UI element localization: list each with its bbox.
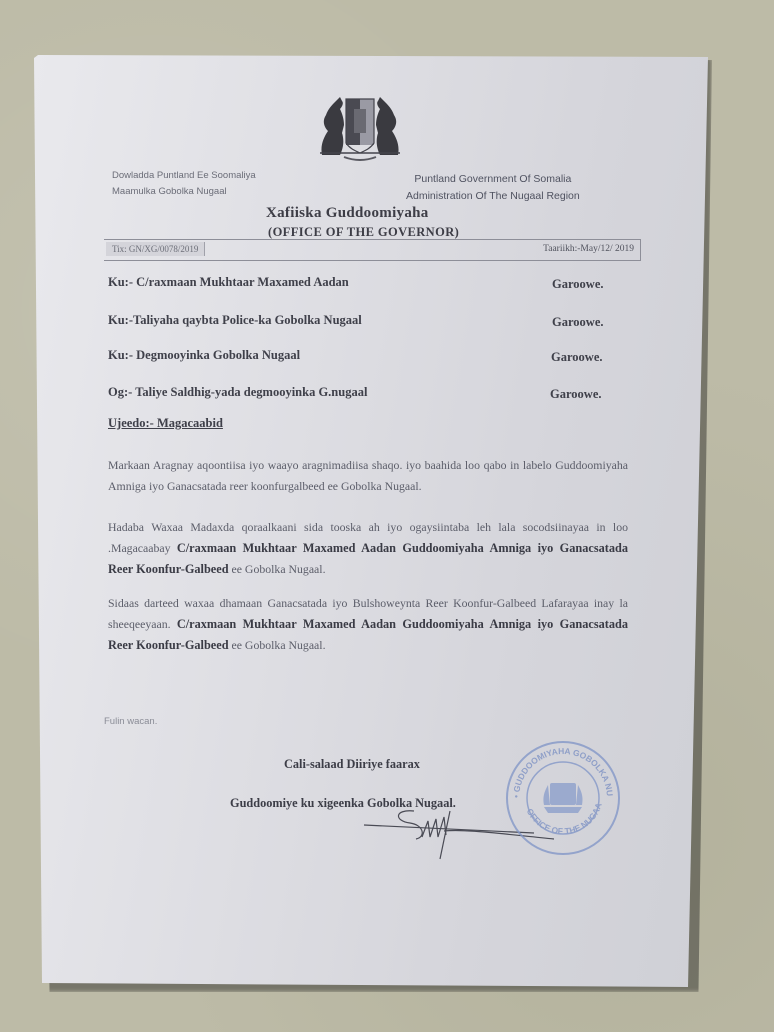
official-stamp-icon: • GUDDOOMIYAHA GOBOLKA NUGAAL • OFFICE O… [504,739,622,857]
reference-number: Tix: GN/XG/0078/2019 [106,242,205,256]
closing-line: Fulin wacan. [104,716,157,727]
addressee-city: Garoowe. [552,277,604,292]
office-subtitle: (OFFICE OF THE GOVERNOR) [268,225,459,240]
subject-line: Ujeedo:- Magacaabid [108,416,223,431]
header-left-line2: Maamulka Gobolka Nugaal [112,184,256,200]
office-title: Xafiiska Guddoomiyaha [266,205,429,222]
addressee: Ku:-Taliyaha qaybta Police-ka Gobolka Nu… [108,313,362,328]
addressee-city: Garoowe. [552,315,604,330]
body-paragraph-3: Sidaas darteed waxaa dhamaan Ganacsatada… [108,593,628,656]
header-left-line1: Dowladda Puntland Ee Soomaliya [112,168,256,184]
paragraph-text: ee Gobolka Nugaal. [229,638,326,652]
header-english: Puntland Government Of Somalia Administr… [406,171,580,205]
coat-of-arms-icon [314,93,406,163]
addressee-city: Garoowe. [551,350,603,365]
addressee: Ku:- Degmooyinka Gobolka Nugaal [108,348,300,363]
header-right-line2: Administration Of The Nugaal Region [406,188,580,205]
signatory-name: Cali-salaad Diiriye faarax [284,757,420,772]
header-right-line1: Puntland Government Of Somalia [406,171,580,188]
header-somali: Dowladda Puntland Ee Soomaliya Maamulka … [112,168,256,200]
body-paragraph-1: Markaan Aragnay aqoontiisa iyo waayo ara… [108,455,628,497]
appointee-name: C/raxmaan Mukhtaar Maxamed Aadan Guddoom… [108,541,628,576]
reference-row: Tix: GN/XG/0078/2019 Taariikh:-May/12/ 2… [104,239,641,261]
appointee-name: C/raxmaan Mukhtaar Maxamed Aadan Guddoom… [108,617,628,652]
letter-date: Taariikh:-May/12/ 2019 [543,244,634,254]
addressee-city: Garoowe. [550,387,602,402]
addressee: Ku:- C/raxmaan Mukhtaar Maxamed Aadan [108,275,349,290]
paragraph-text: ee Gobolka Nugaal. [229,562,326,576]
letter-page: Dowladda Puntland Ee Soomaliya Maamulka … [34,55,708,987]
addressee: Og:- Taliye Saldhig-yada degmooyinka G.n… [108,385,367,400]
body-paragraph-2: Hadaba Waxaa Madaxda qoraalkaani sida to… [108,517,628,580]
